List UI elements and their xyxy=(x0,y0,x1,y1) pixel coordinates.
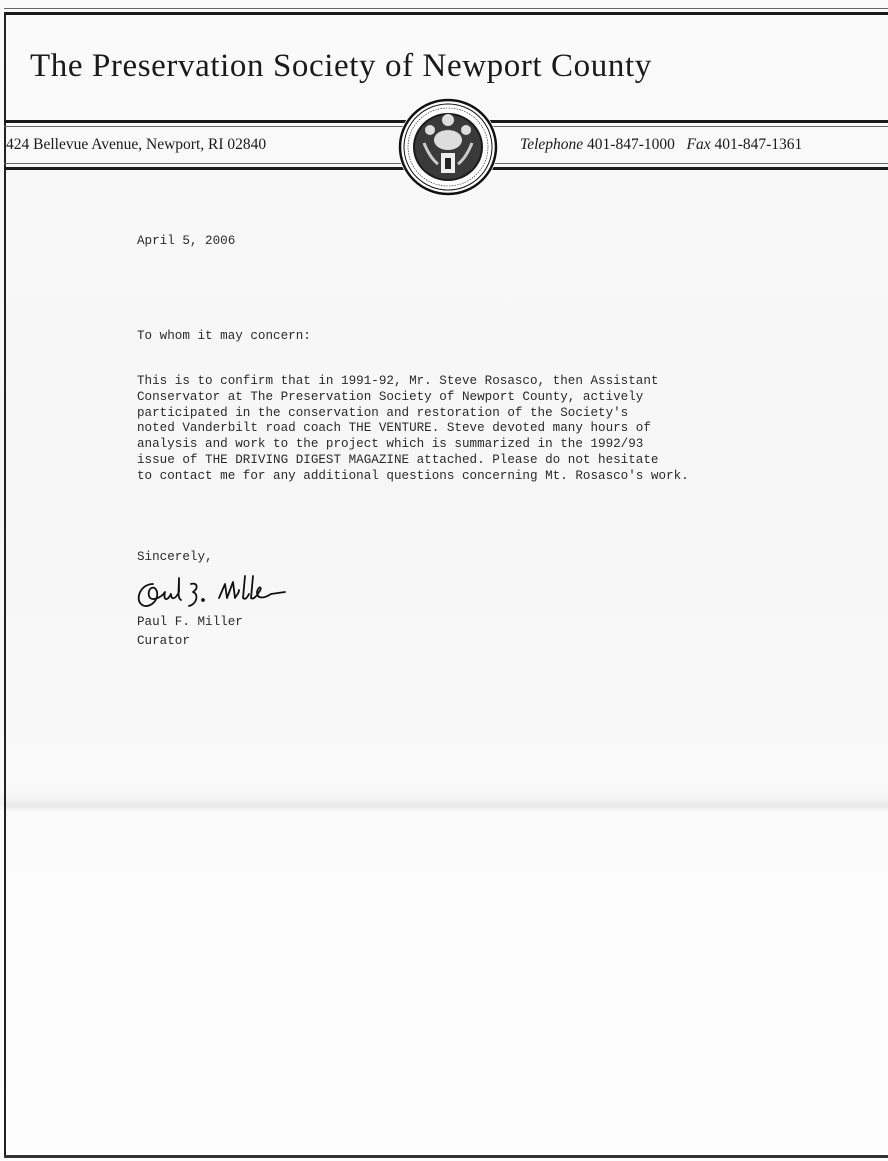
fax-label: Fax xyxy=(686,136,710,153)
society-seal-icon xyxy=(398,98,498,196)
body-line: participated in the conservation and res… xyxy=(137,406,689,422)
body-line: noted Vanderbilt road coach THE VENTURE.… xyxy=(137,421,689,437)
salutation: To whom it may concern: xyxy=(137,329,311,345)
letter-date: April 5, 2006 xyxy=(137,234,235,250)
telephone-number: 401-847-1000 xyxy=(587,136,675,153)
body-line: Conservator at The Preservation Society … xyxy=(137,390,689,406)
page-border xyxy=(4,1155,888,1158)
telephone-label: Telephone xyxy=(520,136,583,153)
body-line: to contact me for any additional questio… xyxy=(137,469,689,485)
page-border xyxy=(4,12,6,1157)
fax-number: 401-847-1361 xyxy=(714,136,802,153)
closing: Sincerely, xyxy=(137,550,213,566)
signer-name: Paul F. Miller xyxy=(137,615,243,631)
paper-fold xyxy=(4,800,888,812)
signer-title: Curator xyxy=(137,634,190,650)
organization-name: The Preservation Society of Newport Coun… xyxy=(30,48,880,85)
contact-info: Telephone 401-847-1000 Fax 401-847-1361 xyxy=(520,136,802,154)
body-line: analysis and work to the project which i… xyxy=(137,437,689,453)
address: 424 Bellevue Avenue, Newport, RI 02840 xyxy=(6,136,266,154)
letter-page: The Preservation Society of Newport Coun… xyxy=(0,0,888,1161)
letter-body: This is to confirm that in 1991-92, Mr. … xyxy=(137,374,689,485)
handwritten-signature-icon xyxy=(133,570,293,614)
body-line: issue of THE DRIVING DIGEST MAGAZINE att… xyxy=(137,453,689,469)
header-rule xyxy=(4,12,888,15)
body-line: This is to confirm that in 1991-92, Mr. … xyxy=(137,374,689,390)
header-rule xyxy=(4,8,888,9)
